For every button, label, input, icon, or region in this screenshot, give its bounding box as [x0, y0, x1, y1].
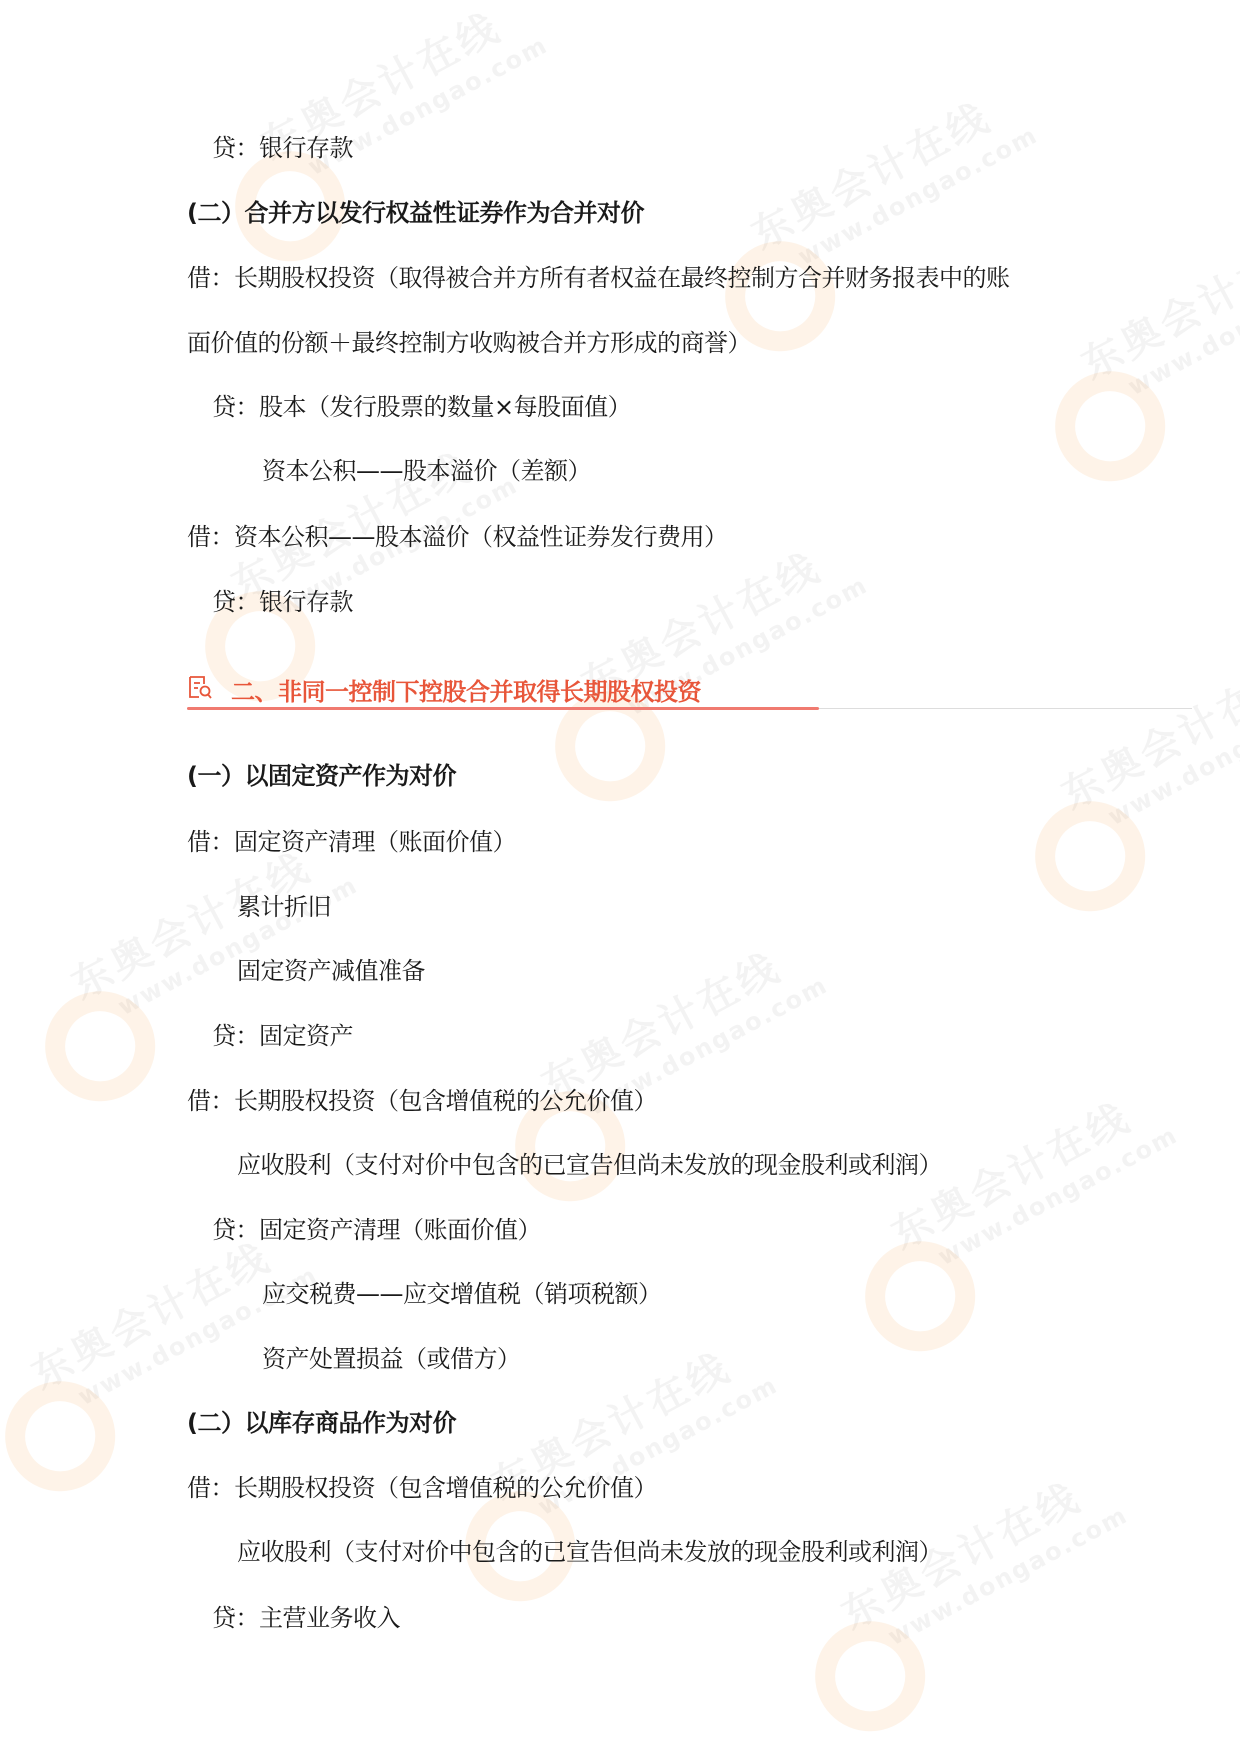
journal-line: 应收股利（支付对价中包含的已宣告但尚未发放的现金股利或利润）	[237, 1537, 942, 1567]
search-document-icon	[187, 674, 213, 700]
watermark-url: www.dongao.com	[933, 1121, 1182, 1271]
watermark-logo-icon	[796, 1602, 945, 1751]
watermark-text: 东奥会计在线	[220, 420, 509, 610]
journal-line: 贷：主营业务收入	[212, 1603, 400, 1633]
journal-line: 累计折旧	[237, 892, 331, 922]
journal-line: 贷：固定资产清理（账面价值）	[212, 1215, 541, 1245]
journal-line: 贷：银行存款	[212, 133, 353, 163]
watermark-text: 东奥会计在线	[740, 70, 1029, 260]
watermark-logo-icon	[1016, 782, 1165, 931]
watermark-text: 东奥会计在线	[530, 920, 819, 1110]
watermark-logo-icon	[846, 1222, 995, 1371]
section-title: 二、非同一控制下控股合并取得长期股权投资	[231, 672, 701, 707]
watermark-text: 东奥会计在线	[1050, 630, 1240, 820]
journal-line: 应收股利（支付对价中包含的已宣告但尚未发放的现金股利或利润）	[237, 1150, 942, 1180]
section-underline	[187, 707, 819, 710]
watermark-logo-icon	[0, 1362, 135, 1511]
watermark-logo-icon	[1036, 352, 1185, 501]
watermark: 东奥会计在线 www.dongao.com	[1050, 630, 1240, 845]
journal-line: 应交税费——应交增值税（销项税额）	[262, 1279, 662, 1309]
journal-line: 固定资产减值准备	[237, 956, 425, 986]
watermark-url: www.dongao.com	[1123, 251, 1240, 401]
journal-line: 资产处置损益（或借方）	[262, 1344, 521, 1374]
watermark: 东奥会计在线 www.dongao.com	[1070, 200, 1240, 415]
subsection-heading: (一）以固定资产作为对价	[187, 761, 456, 791]
section-header: 二、非同一控制下控股合并取得长期股权投资	[187, 670, 1192, 710]
watermark-logo-icon	[26, 972, 175, 1121]
journal-line: 借：长期股权投资（包含增值税的公允价值）	[187, 1086, 657, 1116]
journal-line: 借：长期股权投资（包含增值税的公允价值）	[187, 1473, 657, 1503]
journal-line: 借：长期股权投资（取得被合并方所有者权益在最终控制方合并财务报表中的账	[187, 263, 1010, 293]
watermark: 东奥会计在线 www.dongao.com	[740, 70, 1043, 285]
watermark-url: www.dongao.com	[883, 1501, 1132, 1651]
subsection-heading: (二）合并方以发行权益性证券作为合并对价	[187, 198, 644, 228]
journal-line: 贷：固定资产	[212, 1021, 353, 1051]
subsection-heading: (二）以库存商品作为对价	[187, 1408, 456, 1438]
watermark-text: 东奥会计在线	[1070, 200, 1240, 390]
journal-line: 面价值的份额＋最终控制方收购被合并方形成的商誉）	[187, 328, 751, 358]
watermark: 东奥会计在线 www.dongao.com	[250, 0, 553, 195]
watermark-url: www.dongao.com	[793, 121, 1042, 271]
journal-line: 借：固定资产清理（账面价值）	[187, 827, 516, 857]
journal-line: 贷：银行存款	[212, 587, 353, 617]
journal-line: 贷：股本（发行股票的数量×每股面值）	[212, 392, 631, 422]
journal-line: 资本公积——股本溢价（差额）	[262, 456, 591, 486]
journal-line: 借：资本公积——股本溢价（权益性证券发行费用）	[187, 522, 728, 552]
